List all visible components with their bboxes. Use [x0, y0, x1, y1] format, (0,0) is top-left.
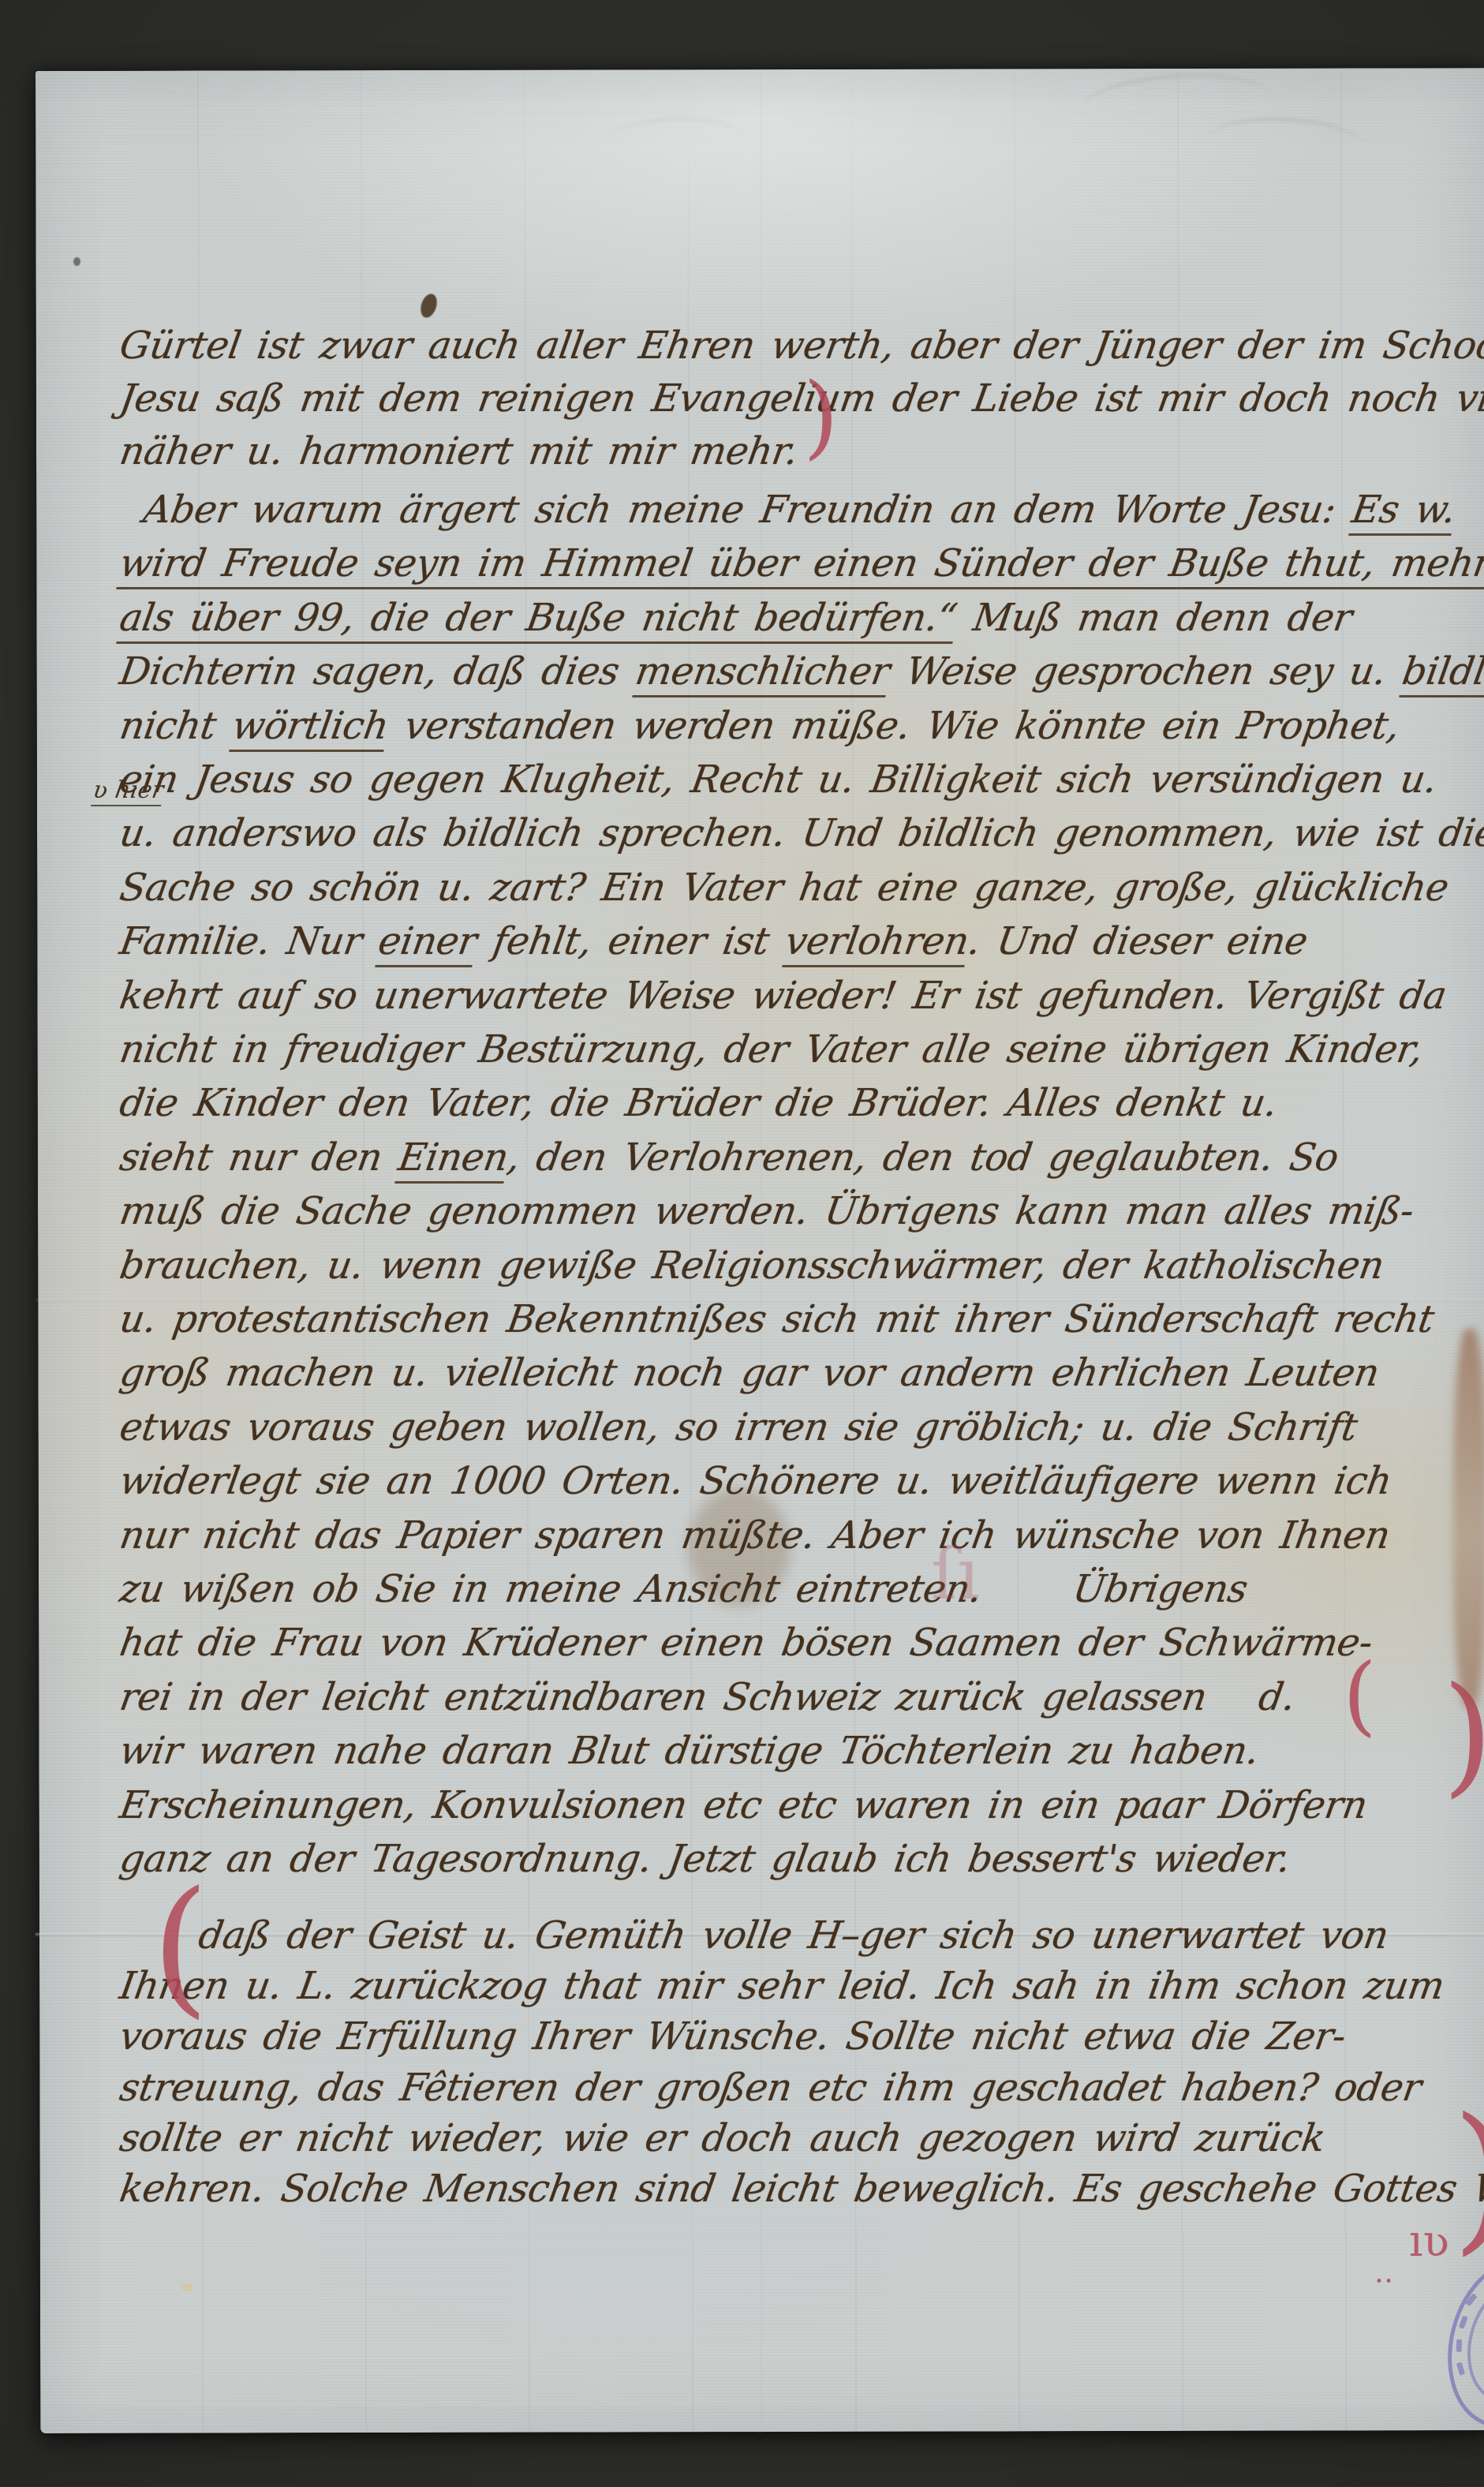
- text-segment: Muß man denn der: [953, 596, 1355, 640]
- text-segment: sollte er nicht wieder, wie er doch auch…: [117, 2116, 1328, 2160]
- text-segment: Weise gesprochen sey u.: [886, 649, 1407, 694]
- text-segment: näher u. harmoniert mit mir mehr.: [117, 429, 801, 473]
- underlined-text: Es w.: [1348, 488, 1459, 536]
- red-dots-mark: ··: [1374, 2269, 1393, 2293]
- manuscript-line: als über 99, die der Buße nicht bedürfen…: [117, 596, 1355, 640]
- text-segment: Ihnen u. L. zurückzog that mir sehr leid…: [117, 1964, 1447, 2008]
- underlined-text: wird Freude seyn im Himmel über einen Sü…: [116, 541, 1484, 589]
- manuscript-line: widerlegt sie an 1000 Orten. Schönere u.…: [117, 1459, 1395, 1503]
- manuscript-line: Familie. Nur einer fehlt, einer ist verl…: [117, 919, 1310, 963]
- manuscript-line: wir waren nahe daran Blut dürstige Töcht…: [117, 1729, 1262, 1773]
- manuscript-line: kehren. Solche Menschen sind leicht bewe…: [117, 2167, 1484, 2211]
- manuscript-line: daß der Geist u. Gemüth volle H–ger sich…: [196, 1913, 1392, 1958]
- manuscript-line: Aber warum ärgert sich meine Freundin an…: [140, 488, 1459, 532]
- red-open-paren-icon: (: [151, 1887, 209, 2006]
- text-segment: rei in der leicht entzündbaren Schweiz z…: [117, 1675, 1299, 1719]
- manuscript-line: ein Jesus so gegen Klugheit, Recht u. Bi…: [117, 757, 1440, 802]
- text-segment: ein Jesus so gegen Klugheit, Recht u. Bi…: [117, 757, 1440, 802]
- manuscript-line: voraus die Erfüllung Ihrer Wünsche. Soll…: [117, 2014, 1349, 2059]
- underlined-text: menschlicher: [632, 649, 893, 697]
- manuscript-line: wird Freude seyn im Himmel über einen Sü…: [117, 541, 1484, 585]
- text-segment: Dichterin sagen, daß dies: [117, 649, 640, 694]
- manuscript-line: zu wißen ob Sie in meine Ansicht eintret…: [117, 1567, 1250, 1611]
- scan-photo: { "document": { "kind": "handwritten-let…: [0, 0, 1484, 2487]
- manuscript-line: Ihnen u. L. zurückzog that mir sehr leid…: [117, 1964, 1447, 2008]
- text-segment: Familie. Nur: [117, 919, 383, 963]
- manuscript-line: ganz an der Tagesordnung. Jetzt glaub ic…: [117, 1837, 1293, 1881]
- text-segment: Erscheinungen, Konvulsionen etc etc ware…: [117, 1783, 1370, 1827]
- text-segment: Jesu saß mit dem reinigen Evangelium der…: [117, 376, 1484, 421]
- underlined-text: bildlich: [1399, 649, 1484, 697]
- text-segment: , den Verlohrenen, den tod geglaubten. S…: [504, 1135, 1341, 1180]
- text-segment: Sache so schön u. zart? Ein Vater hat ei…: [117, 866, 1452, 910]
- text-segment: kehrt auf so unerwartete Weise wieder! E…: [117, 974, 1449, 1018]
- stamp-letter-mark: [1456, 2339, 1463, 2352]
- text-segment: u. anderswo als bildlich sprechen. Und b…: [117, 811, 1484, 855]
- text-segment: kehren. Solche Menschen sind leicht bewe…: [117, 2167, 1484, 2211]
- text-segment: Gürtel ist zwar auch aller Ehren werth, …: [117, 323, 1484, 368]
- text-segment: u. protestantischen Bekenntnißes sich mi…: [117, 1297, 1437, 1341]
- manuscript-line: streuung, das Fêtieren der großen etc ih…: [117, 2066, 1424, 2110]
- underlined-text: einer: [375, 919, 480, 967]
- text-segment: . Und dieser eine: [965, 919, 1310, 963]
- text-segment: verstanden werden müße. Wie könnte ein P…: [384, 704, 1402, 748]
- manuscript-line: groß machen u. vielleicht noch gar vor a…: [117, 1351, 1382, 1395]
- text-segment: ganz an der Tagesordnung. Jetzt glaub ic…: [117, 1837, 1293, 1881]
- text-segment: voraus die Erfüllung Ihrer Wünsche. Soll…: [117, 2014, 1349, 2059]
- text-segment: nur nicht das Papier sparen müßte. Aber …: [117, 1513, 1393, 1558]
- text-segment: die Kinder den Vater, die Brüder die Brü…: [117, 1081, 1280, 1125]
- underlined-text: Einen: [394, 1135, 511, 1184]
- text-segment: sieht nur den: [117, 1135, 402, 1180]
- paper-stain: [182, 2283, 193, 2291]
- text-segment: etwas voraus geben wollen, so irren sie …: [117, 1405, 1360, 1449]
- manuscript-line: rei in der leicht entzündbaren Schweiz z…: [117, 1675, 1299, 1719]
- text-segment: zu wißen ob Sie in meine Ansicht eintret…: [117, 1567, 1250, 1611]
- red-tally-mark: ıʋ: [1409, 2223, 1449, 2258]
- manuscript-line: Erscheinungen, Konvulsionen etc etc ware…: [117, 1783, 1370, 1827]
- underlined-text: verlohren: [782, 919, 972, 967]
- text-segment: fehlt, einer ist: [473, 919, 789, 963]
- manuscript-line: brauchen, u. wenn gewiße Religionsschwär…: [117, 1243, 1387, 1288]
- text-segment: brauchen, u. wenn gewiße Religionsschwär…: [117, 1243, 1387, 1288]
- manuscript-line: Sache so schön u. zart? Ein Vater hat ei…: [117, 866, 1452, 910]
- faded-red-mark: ſı: [931, 1546, 980, 1603]
- red-close-paren-icon: ): [1452, 2113, 1484, 2241]
- manuscript-line: etwas voraus geben wollen, so irren sie …: [117, 1405, 1360, 1449]
- manuscript-line: sieht nur den Einen, den Verlohrenen, de…: [117, 1135, 1341, 1180]
- manuscript-line: nicht wörtlich verstanden werden müße. W…: [117, 704, 1403, 748]
- red-close-paren-icon: ): [1442, 1682, 1484, 1786]
- underlined-text: als über 99, die der Buße nicht bedürfen…: [116, 596, 960, 644]
- text-segment: nicht: [117, 704, 236, 748]
- text-segment: muß die Sache genommen werden. Übrigens …: [117, 1189, 1417, 1233]
- text-segment: nicht in freudiger Bestürzung, der Vater…: [117, 1027, 1426, 1071]
- manuscript-line: Jesu saß mit dem reinigen Evangelium der…: [117, 376, 1484, 421]
- text-segment: Aber warum ärgert sich meine Freundin an…: [140, 488, 1356, 532]
- text-segment: groß machen u. vielleicht noch gar vor a…: [117, 1351, 1382, 1395]
- manuscript-line: kehrt auf so unerwartete Weise wieder! E…: [117, 974, 1449, 1018]
- manuscript-line: u. protestantischen Bekenntnißes sich mi…: [117, 1297, 1437, 1341]
- text-segment: hat die Frau von Krüdener einen bösen Sa…: [117, 1621, 1375, 1665]
- text-segment: wir waren nahe daran Blut dürstige Töcht…: [117, 1729, 1262, 1773]
- manuscript-line: näher u. harmoniert mit mir mehr.: [117, 429, 801, 473]
- red-open-paren-icon: (: [1343, 1660, 1377, 1730]
- edge-stain: [1453, 1329, 1484, 1707]
- manuscript-line: sollte er nicht wieder, wie er doch auch…: [117, 2116, 1328, 2160]
- manuscript-line: hat die Frau von Krüdener einen bösen Sa…: [117, 1621, 1375, 1665]
- ink-speck: [73, 257, 80, 266]
- manuscript-line: nur nicht das Papier sparen müßte. Aber …: [117, 1513, 1393, 1558]
- manuscript-line: u. anderswo als bildlich sprechen. Und b…: [117, 811, 1484, 855]
- manuscript-line: muß die Sache genommen werden. Übrigens …: [117, 1189, 1417, 1233]
- text-segment: widerlegt sie an 1000 Orten. Schönere u.…: [117, 1459, 1395, 1503]
- red-close-paren-icon: ): [803, 380, 839, 453]
- manuscript-line: Gürtel ist zwar auch aller Ehren werth, …: [117, 323, 1484, 368]
- manuscript-line: nicht in freudiger Bestürzung, der Vater…: [117, 1027, 1426, 1071]
- text-segment: streuung, das Fêtieren der großen etc ih…: [117, 2066, 1424, 2110]
- interlinear-insertion: ʋ hier: [91, 776, 166, 806]
- text-segment: daß der Geist u. Gemüth volle H–ger sich…: [196, 1913, 1392, 1958]
- underlined-text: wörtlich: [229, 704, 391, 752]
- manuscript-line: Dichterin sagen, daß dies menschlicher W…: [117, 649, 1484, 694]
- manuscript-line: die Kinder den Vater, die Brüder die Brü…: [117, 1081, 1280, 1125]
